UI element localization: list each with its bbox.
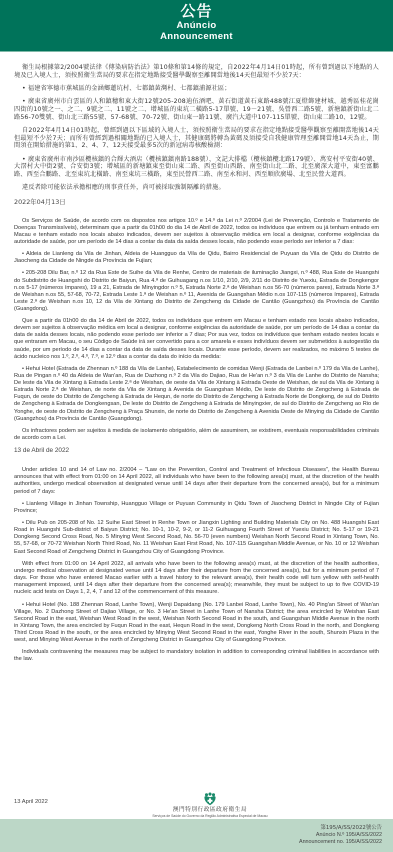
pt-list-item-nansha-zengcheng: • Hehui Hotel (Estrada de Zhennan n.º 18… (14, 366, 379, 423)
reference-number-zh: 第195/A/SS/2022號公告 (320, 825, 382, 831)
zh-paragraph-penalty: 違反者除可能依法承擔相應的刑事責任外，尚可被採取強制隔離的措施。 (14, 184, 379, 192)
zh-paragraph-second-measure: 自2022年4月14日01時起，曾經到過以下區域的入境人士，須按照衛生當局的要求… (14, 127, 379, 150)
en-paragraph-second-measure: With effect from 01:00 on 14 April 2022,… (14, 561, 379, 596)
zh-list-item-fujian: • 福建省寧德市蕉城區的金涵鄉蓮坑村、七都鎮黃灣村、七都鎮浦源社區； (14, 85, 379, 93)
org-name-pt: Serviços de Saúde do Governo da Região A… (130, 814, 290, 818)
reference-footer: 第195/A/SS/2022號公告 Anúncio N.º 195/A/SS/2… (0, 819, 393, 852)
english-section: Under articles 10 and 14 of Law no. 2/20… (14, 467, 379, 663)
header-title-zh: 公告 (0, 0, 393, 20)
header-title-pt: Anúncio (0, 20, 393, 31)
reference-number-pt: Anúncio N.º 195/A/SS/2022 (316, 832, 382, 838)
signature-block: 澳門特別行政區政府衛生局 Serviços de Saúde do Govern… (130, 792, 290, 818)
announcement-header: 公告 Anúncio Announcement (0, 0, 393, 52)
health-bureau-logo-icon (203, 792, 217, 806)
pt-paragraph-penalty: Os infractores podem ser sujeitos à medi… (14, 428, 379, 442)
reference-number-en: Announcement no. 195/A/SS/2022 (299, 839, 382, 845)
en-list-item-guangzhou: • Dilu Pub on 205-208 of No. 12 Suihe Ea… (14, 520, 379, 555)
zh-date: 2022年04月13日 (14, 198, 379, 206)
pt-list-item-fujian: • Aldeia de Lianleng da Vila de Jinhan, … (14, 251, 379, 265)
chinese-section: 衛生局根據第2/2004號法律《傳染病防治法》第10條和第14條的規定，自202… (14, 64, 379, 206)
en-paragraph-intro: Under articles 10 and 14 of Law no. 2/20… (14, 467, 379, 495)
header-title-en: Announcement (0, 31, 393, 42)
en-list-item-nansha-zengcheng: • Hehui Hotel (No. 188 Zhennan Road, Lan… (14, 602, 379, 645)
org-name-zh: 澳門特別行政區政府衛生局 (130, 807, 290, 814)
zh-paragraph-intro: 衛生局根據第2/2004號法律《傳染病防治法》第10條和第14條的規定，自202… (14, 64, 379, 79)
pt-list-item-guangzhou: • 205-208 Dilu Bar, n.º 12 da Rua Este d… (14, 270, 379, 313)
zh-list-item-nansha-zengcheng: • 廣東省廣州市南沙區欖核鎮的合輝大酒店（欖核鎮鎮南路188號）、文記大排檔（欖… (14, 156, 379, 179)
portuguese-section: Os Serviços de Saúde, de acordo com os d… (14, 218, 379, 456)
pt-paragraph-second-measure: Que a partir da 01h00 do dia 14 de Abril… (14, 318, 379, 361)
announcement-body: 衛生局根據第2/2004號法律《傳染病防治法》第10條和第14條的規定，自202… (14, 64, 379, 669)
en-date: 13 April 2022 (14, 799, 48, 805)
zh-list-item-guangzhou: • 廣東省廣州市白雲區的人和鎮穗和東大街12號205-208迪伍酒吧、黃石街道黃… (14, 98, 379, 121)
pt-paragraph-intro: Os Serviços de Saúde, de acordo com os d… (14, 218, 379, 246)
pt-date: 13 de Abril de 2022 (14, 447, 379, 455)
en-list-item-fujian: • Lianleng Village in Jinhan Township, H… (14, 501, 379, 515)
en-paragraph-penalty: Individuals contravening the measures ma… (14, 649, 379, 663)
